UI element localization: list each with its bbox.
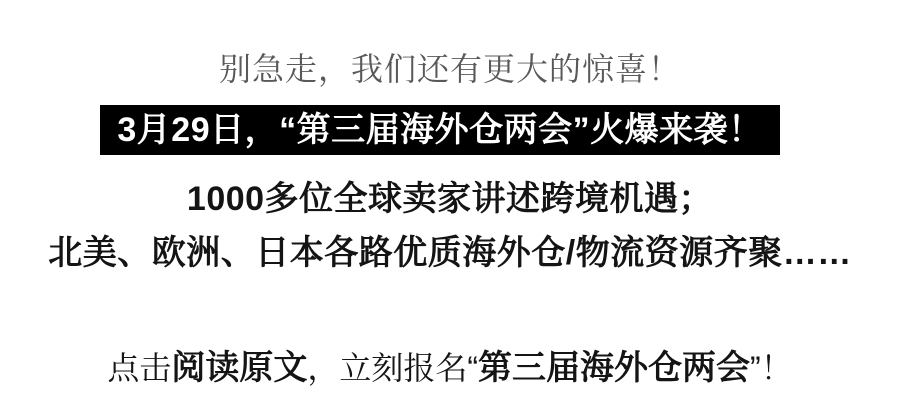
cta-segment: ”！ xyxy=(750,350,793,386)
teaser-text: 别急走，我们还有更大的惊喜！ xyxy=(0,44,900,90)
body-line-sellers: 1000多位全球卖家讲述跨境机遇； xyxy=(0,171,900,220)
cta-segment: 点击 xyxy=(107,350,171,386)
event-banner: 3月29日，“第三届海外仓两会”火爆来袭！ xyxy=(100,105,780,155)
cta-event-name: 第三届海外仓两会 xyxy=(478,349,750,387)
cta-segment: ，立刻报名“ xyxy=(307,350,478,386)
body-line-resources: 北美、欧洲、日本各路优质海外仓/物流资源齐聚…… xyxy=(0,225,900,274)
cta-read-original-text: 阅读原文 xyxy=(171,349,307,387)
promo-graphic: 别急走，我们还有更大的惊喜！ 3月29日，“第三届海外仓两会”火爆来袭！ 100… xyxy=(0,0,900,404)
cta-line: 点击阅读原文，立刻报名“第三届海外仓两会”！ xyxy=(0,340,900,389)
